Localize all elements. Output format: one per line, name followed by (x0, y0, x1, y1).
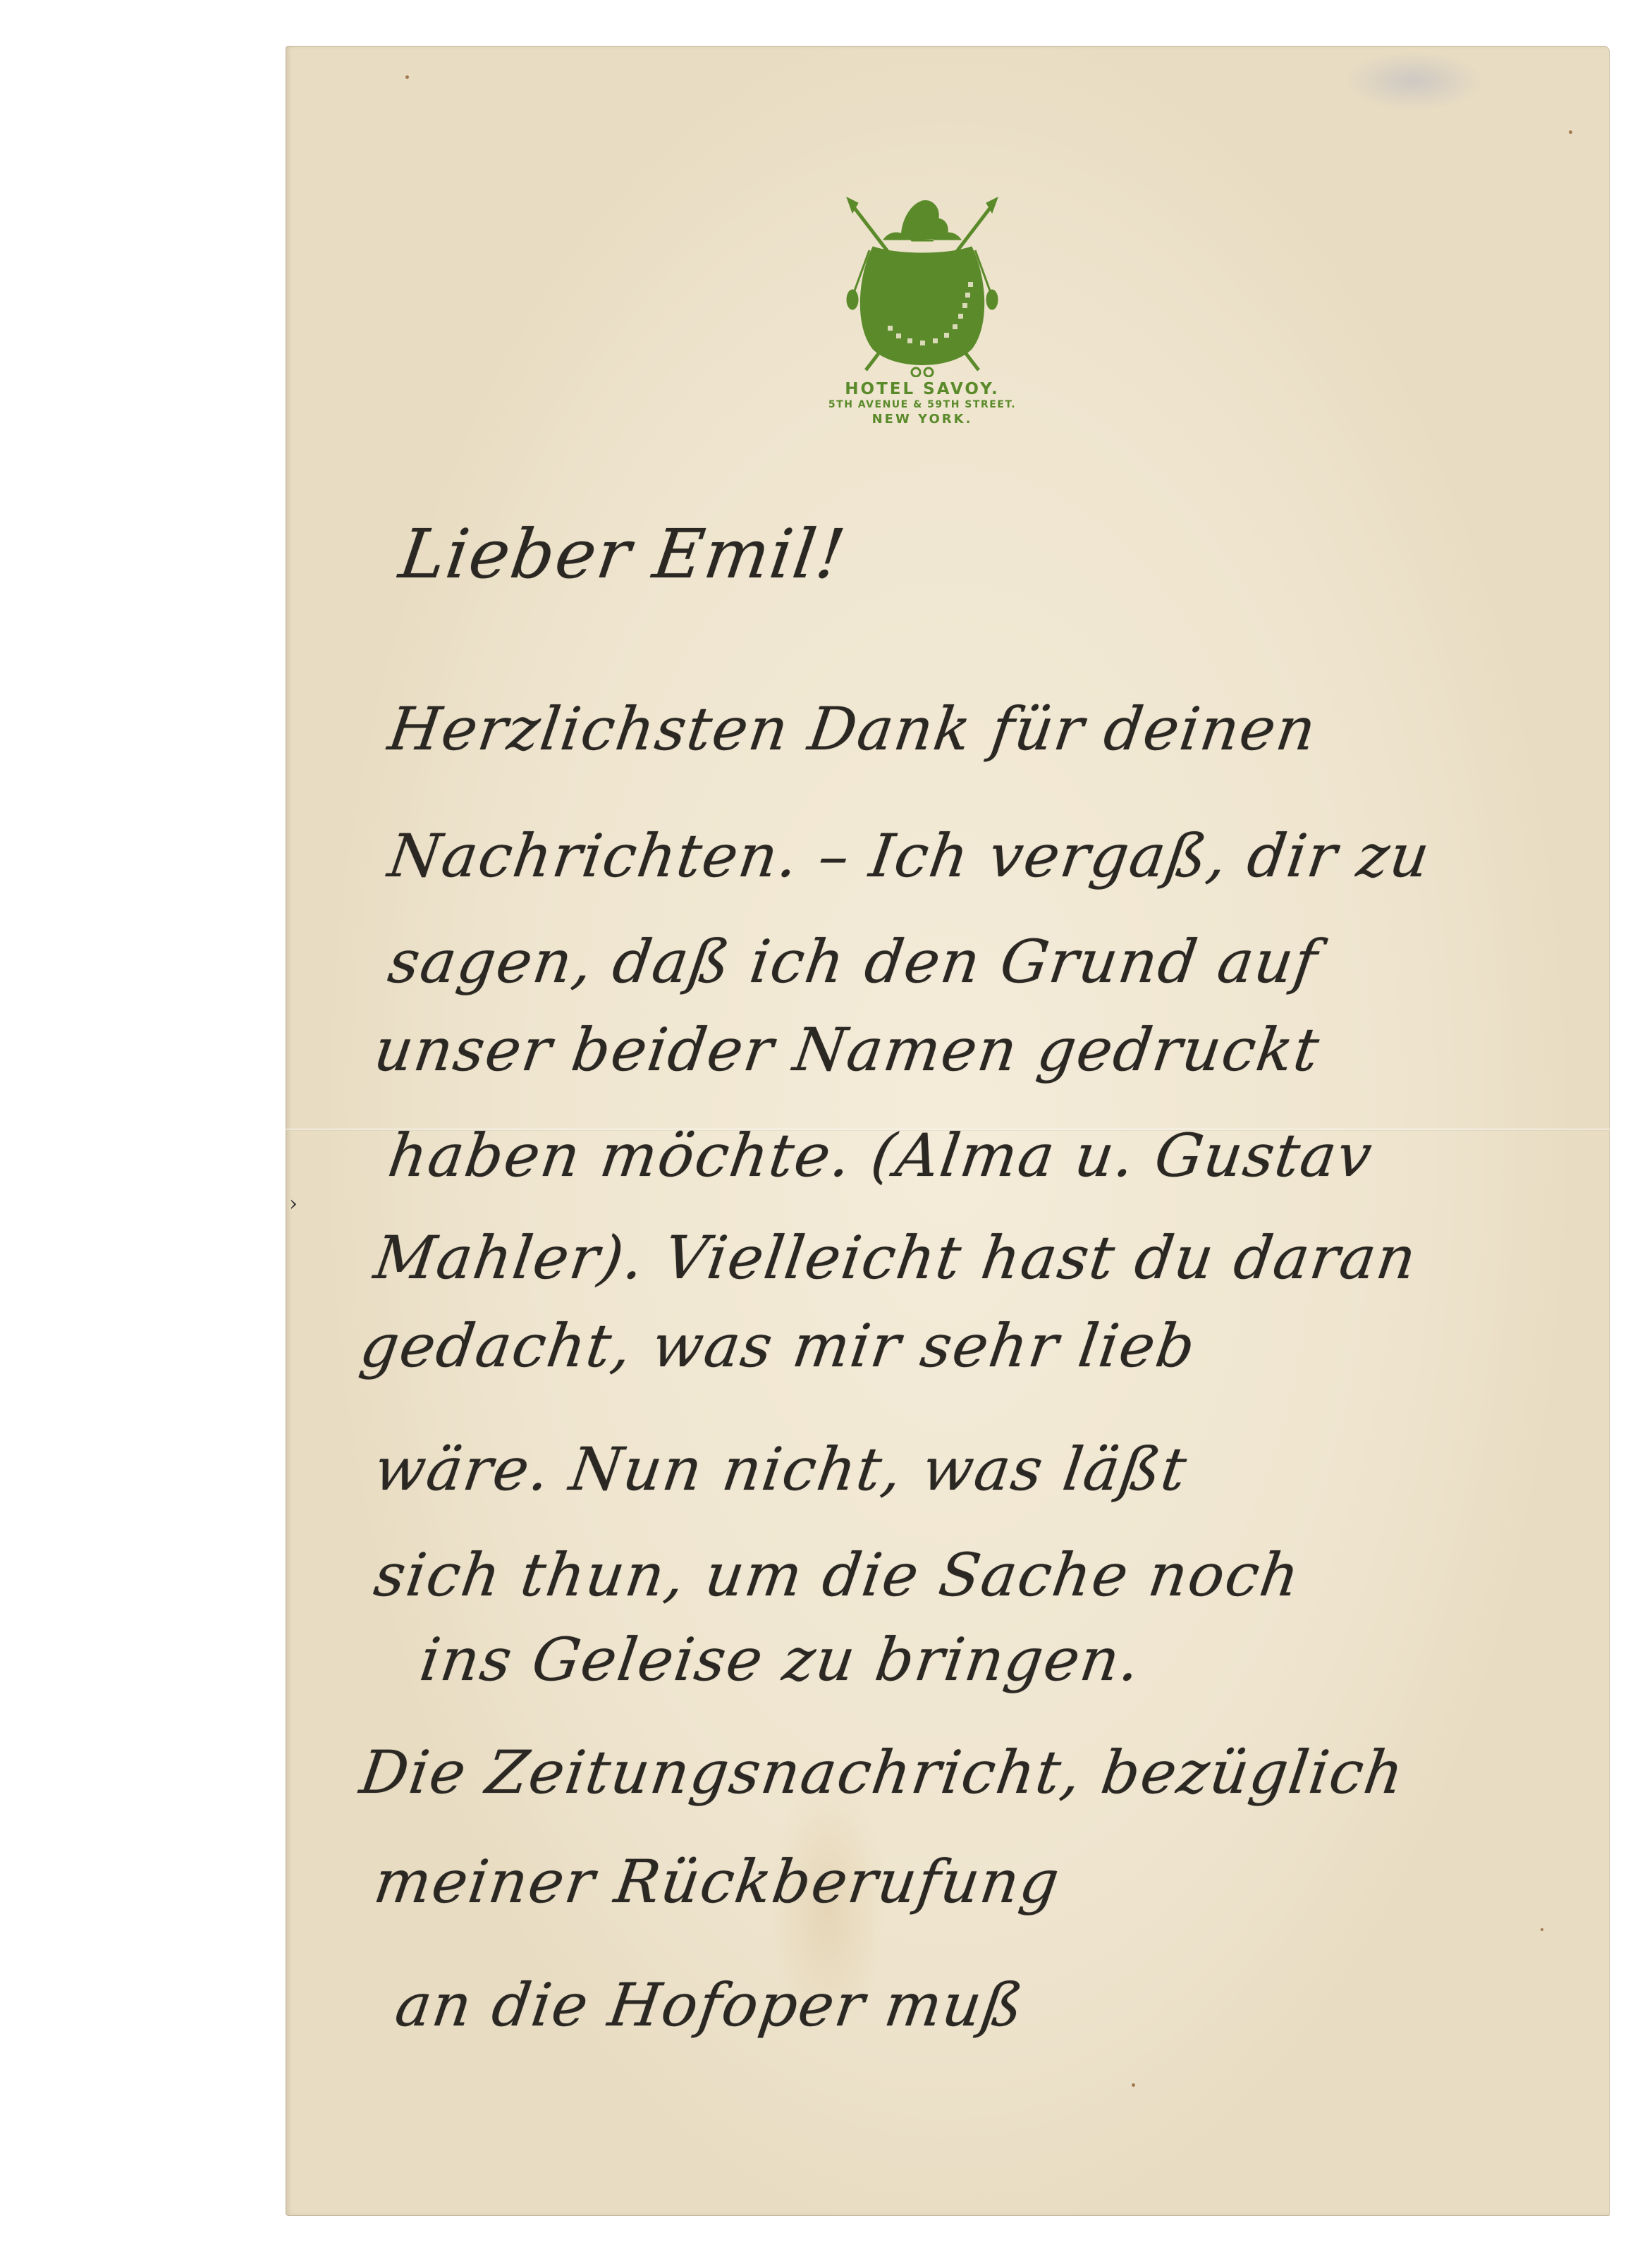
paper-speck (1132, 2083, 1135, 2087)
letter-line: Mahler). Vielleicht hast du daran (370, 1223, 1421, 1292)
paper-speck (1541, 1928, 1543, 1931)
paper-speck (1569, 130, 1572, 134)
letter-line: unser beider Namen gedruckt (370, 1015, 1324, 1084)
hotel-letterhead: HOTEL SAVOY. 5TH AVENUE & 59TH STREET. N… (795, 190, 1049, 428)
letter-greeting: Lieber Emil! (395, 515, 851, 594)
letter-line: wäre. Nun nicht, was läßt (370, 1435, 1192, 1504)
letter-line: Die Zeitungsnachricht, bezüglich (356, 1738, 1409, 1807)
paper-speck (405, 75, 409, 79)
hotel-city: NEW YORK. (795, 411, 1049, 428)
letter-line: haben möchte. (Alma u. Gustav (384, 1121, 1377, 1190)
letter-line: ins Geleise zu bringen. (416, 1625, 1146, 1694)
letter-line: an die Hofoper muß (391, 1970, 1028, 2040)
hotel-address: 5TH AVENUE & 59TH STREET. (795, 398, 1049, 411)
letter-line: Herzlichsten Dank für deinen (384, 694, 1321, 764)
letter-line: Nachrichten. – Ich vergaß, dir zu (384, 821, 1435, 890)
letter-line: meiner Rückberufung (370, 1847, 1065, 1916)
letter-line: sagen, daß ich den Grund auf (384, 927, 1323, 996)
coat-of-arms-crest-icon (834, 190, 1010, 377)
letter-line: sich thun, um die Sache noch (370, 1540, 1305, 1610)
letter-line: gedacht, was mir sehr lieb (356, 1311, 1201, 1380)
margin-mark: › (289, 1191, 298, 1216)
hotel-name: HOTEL SAVOY. (795, 380, 1049, 398)
